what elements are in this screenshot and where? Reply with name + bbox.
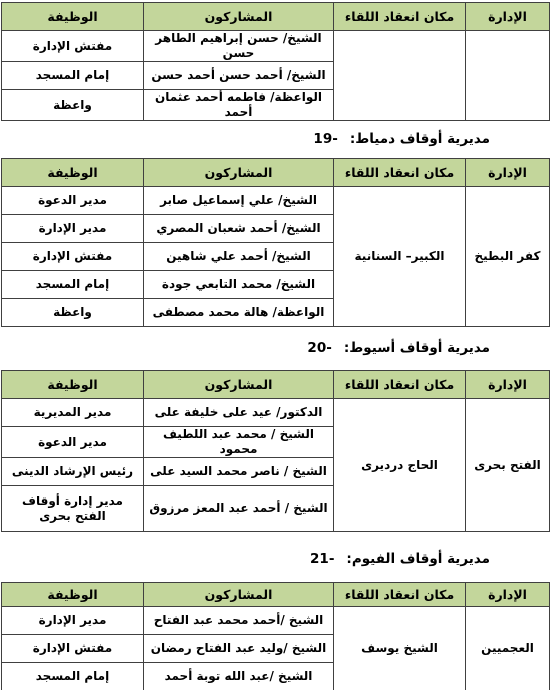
table-header-row: الإدارة مكان انعقاد اللقاء المشاركون الو… xyxy=(2,583,550,607)
col-header-meeting-place: مكان انعقاد اللقاء xyxy=(334,583,466,607)
section-number: 21- xyxy=(310,548,334,570)
job-cell: مفتش الإدارة xyxy=(2,635,144,663)
participant-cell: الشيخ /أحمد محمد عبد الفتاح xyxy=(144,607,334,635)
job-cell: إمام المسجد xyxy=(2,271,144,299)
section-heading-21: مديرية أوقاف الفيوم: 21- xyxy=(0,548,550,570)
table-row: العجميين الشيخ يوسف الشيخ /أحمد محمد عبد… xyxy=(2,607,550,635)
participant-cell: الشيخ / ناصر محمد السيد على xyxy=(144,458,334,486)
participant-cell: الشيخ/ أحمد حسن أحمد حسن xyxy=(144,62,334,90)
table-header-row: الإدارة مكان انعقاد اللقاء المشاركون الو… xyxy=(2,3,550,31)
participant-cell: الشيخ /عبد الله توبة أحمد xyxy=(144,663,334,690)
meetings-table-1: الإدارة مكان انعقاد اللقاء المشاركون الو… xyxy=(1,2,550,121)
section-title: مديرية أوقاف الفيوم: xyxy=(346,548,490,570)
meeting-place-cell xyxy=(334,31,466,121)
job-cell: مفتش الإدارة xyxy=(2,243,144,271)
meetings-table-4: الإدارة مكان انعقاد اللقاء المشاركون الو… xyxy=(1,582,550,690)
document-page: الإدارة مكان انعقاد اللقاء المشاركون الو… xyxy=(0,2,550,690)
job-cell: مدير المديرية xyxy=(2,399,144,427)
section-number: 19- xyxy=(313,128,337,150)
table-header-row: الإدارة مكان انعقاد اللقاء المشاركون الو… xyxy=(2,371,550,399)
administration-cell: العجميين xyxy=(466,607,550,690)
col-header-meeting-place: مكان انعقاد اللقاء xyxy=(334,3,466,31)
participant-cell: الشيخ /وليد عبد الفتاح رمضان xyxy=(144,635,334,663)
col-header-job: الوظيفة xyxy=(2,583,144,607)
participant-cell: الشيخ/ علي إسماعيل صابر xyxy=(144,187,334,215)
participant-cell: الشيخ / أحمد عبد المعز مرزوق xyxy=(144,486,334,532)
administration-cell: كفر البطيخ xyxy=(466,187,550,327)
participant-cell: الشيخ/ محمد التابعي جودة xyxy=(144,271,334,299)
section-number: 20- xyxy=(307,337,331,359)
job-cell: مدير الإدارة xyxy=(2,215,144,243)
participant-cell: الواعظة/ فاطمه أحمد عثمان أحمد xyxy=(144,90,334,121)
col-header-meeting-place: مكان انعقاد اللقاء xyxy=(334,159,466,187)
col-header-administration: الإدارة xyxy=(466,583,550,607)
table-header-row: الإدارة مكان انعقاد اللقاء المشاركون الو… xyxy=(2,159,550,187)
col-header-job: الوظيفة xyxy=(2,371,144,399)
job-cell: إمام المسجد xyxy=(2,663,144,690)
col-header-participants: المشاركون xyxy=(144,371,334,399)
job-cell: مدير الإدارة xyxy=(2,607,144,635)
job-cell: مدير الدعوة xyxy=(2,427,144,458)
col-header-job: الوظيفة xyxy=(2,159,144,187)
table-row: الفتح بحرى الحاج درديرى الدكتور/ عيد على… xyxy=(2,399,550,427)
table-row: الشيخ/ حسن إبراهيم الطاهر حسن مفتش الإدا… xyxy=(2,31,550,62)
col-header-meeting-place: مكان انعقاد اللقاء xyxy=(334,371,466,399)
col-header-participants: المشاركون xyxy=(144,3,334,31)
participant-cell: الشيخ / محمد عبد اللطيف محمود xyxy=(144,427,334,458)
job-cell: رئيس الإرشاد الدينى xyxy=(2,458,144,486)
col-header-job: الوظيفة xyxy=(2,3,144,31)
section-heading-20: مديرية أوقاف أسيوط: 20- xyxy=(0,337,550,359)
col-header-participants: المشاركون xyxy=(144,159,334,187)
meetings-table-3: الإدارة مكان انعقاد اللقاء المشاركون الو… xyxy=(1,370,550,532)
job-cell: إمام المسجد xyxy=(2,62,144,90)
col-header-administration: الإدارة xyxy=(466,159,550,187)
administration-cell xyxy=(466,31,550,121)
col-header-participants: المشاركون xyxy=(144,583,334,607)
participant-cell: الشيخ/ أحمد علي شاهين xyxy=(144,243,334,271)
meeting-place-cell: الحاج درديرى xyxy=(334,399,466,532)
job-cell: مفتش الإدارة xyxy=(2,31,144,62)
job-cell: مدير الدعوة xyxy=(2,187,144,215)
section-heading-19: مديرية أوقاف دمياط: 19- xyxy=(0,128,550,150)
col-header-administration: الإدارة xyxy=(466,371,550,399)
participant-cell: الدكتور/ عيد على خليفة على xyxy=(144,399,334,427)
meeting-place-cell: الكبير– السنانية xyxy=(334,187,466,327)
participant-cell: الشيخ/ حسن إبراهيم الطاهر حسن xyxy=(144,31,334,62)
job-cell: مدير إدارة أوقاف الفتح بحرى xyxy=(2,486,144,532)
administration-cell: الفتح بحرى xyxy=(466,399,550,532)
section-title: مديرية أوقاف دمياط: xyxy=(350,128,490,150)
job-cell: واعظة xyxy=(2,299,144,327)
col-header-administration: الإدارة xyxy=(466,3,550,31)
meetings-table-2: الإدارة مكان انعقاد اللقاء المشاركون الو… xyxy=(1,158,550,327)
participant-cell: الواعظة/ هالة محمد مصطفى xyxy=(144,299,334,327)
meeting-place-cell: الشيخ يوسف xyxy=(334,607,466,690)
table-row: كفر البطيخ الكبير– السنانية الشيخ/ علي إ… xyxy=(2,187,550,215)
participant-cell: الشيخ/ أحمد شعبان المصري xyxy=(144,215,334,243)
job-cell: واعظة xyxy=(2,90,144,121)
section-title: مديرية أوقاف أسيوط: xyxy=(344,337,490,359)
